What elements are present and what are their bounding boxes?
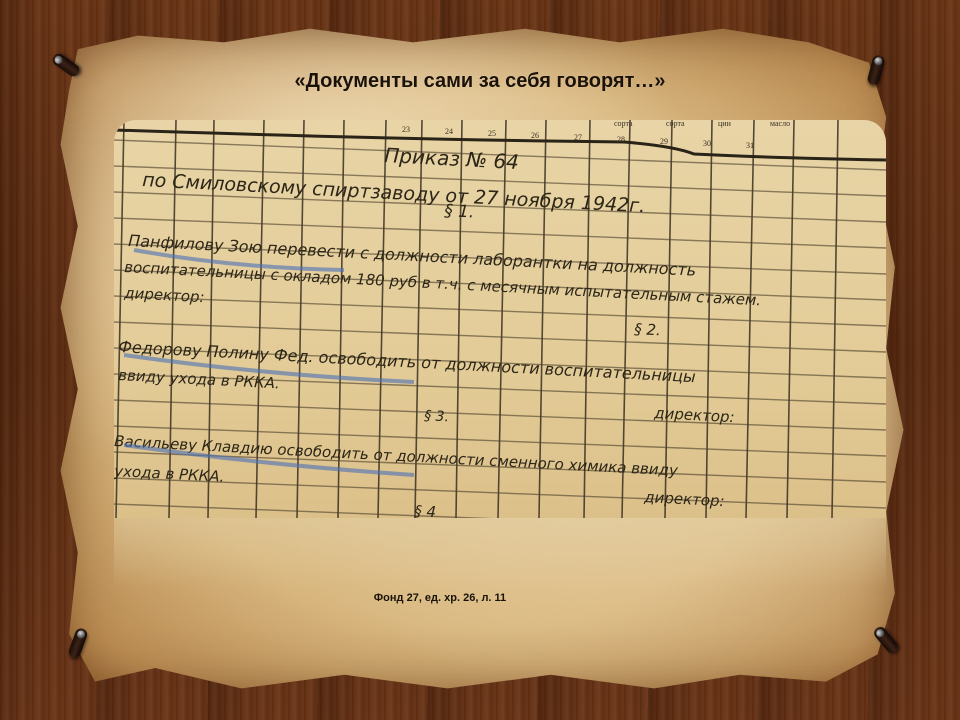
handwritten-line: директор: bbox=[653, 404, 735, 426]
svg-text:24: 24 bbox=[445, 127, 453, 136]
svg-text:23: 23 bbox=[402, 125, 410, 134]
svg-text:28: 28 bbox=[617, 135, 625, 144]
handwritten-line: § 3. bbox=[424, 408, 450, 425]
svg-text:масло: масло bbox=[770, 120, 790, 128]
svg-text:сорта: сорта bbox=[666, 120, 685, 128]
slide-title: «Документы сами за себя говорят…» bbox=[0, 70, 960, 93]
archive-document-photo: 232425262728293031сортасортациимасло При… bbox=[114, 120, 886, 518]
svg-text:25: 25 bbox=[488, 129, 496, 138]
handwritten-line: директор: bbox=[643, 488, 725, 510]
svg-text:сорта: сорта bbox=[614, 120, 633, 128]
handwritten-line: директор: bbox=[123, 284, 205, 306]
photo-reflection bbox=[114, 518, 886, 588]
handwritten-line: Приказ № 64 bbox=[384, 143, 520, 174]
svg-text:ции: ции bbox=[718, 120, 732, 128]
svg-text:30: 30 bbox=[703, 139, 711, 148]
handwritten-line: § 4 bbox=[414, 502, 437, 518]
svg-text:27: 27 bbox=[574, 133, 582, 142]
svg-text:29: 29 bbox=[660, 137, 668, 146]
archive-reference-caption: Фонд 27, ед. хр. 26, л. 11 bbox=[0, 592, 880, 604]
handwritten-line: § 1. bbox=[444, 201, 475, 223]
svg-text:26: 26 bbox=[531, 131, 539, 140]
svg-text:31: 31 bbox=[746, 141, 754, 150]
handwritten-line: § 2. bbox=[634, 320, 661, 339]
